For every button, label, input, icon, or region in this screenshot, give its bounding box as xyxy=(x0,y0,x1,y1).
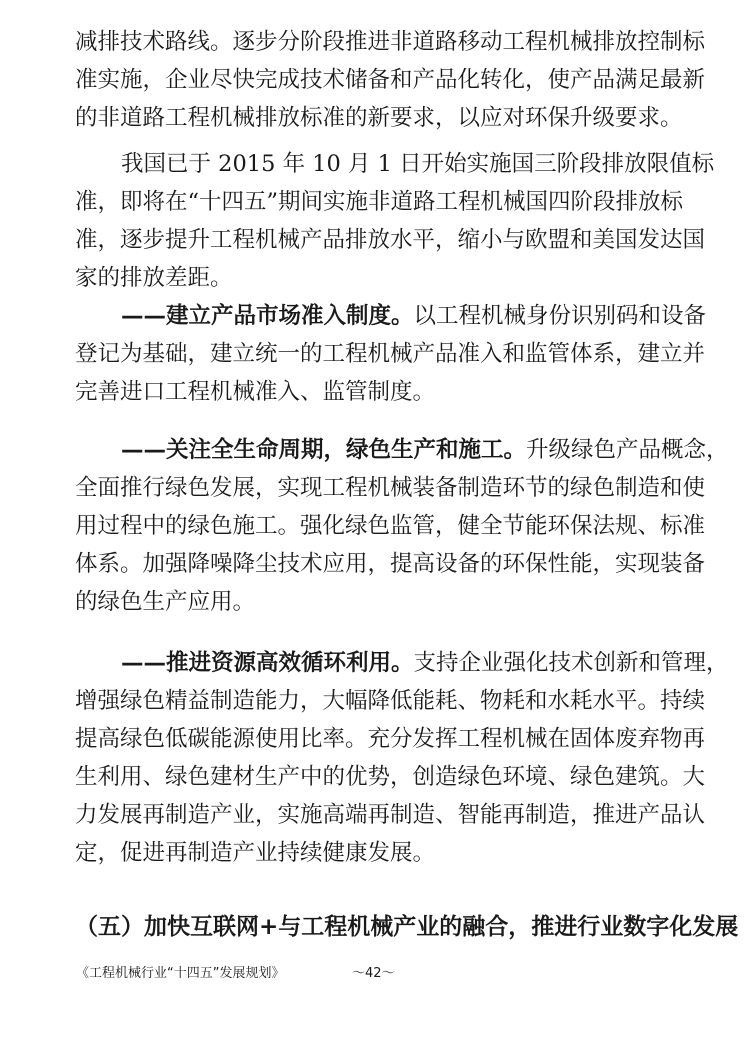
text-line: ——建立产品市场准入制度。 以工程机械身份识别码和设备 xyxy=(121,301,669,331)
text-line: 全面推行绿色发展，实现工程机械装备制造环节的绿色制造和使 xyxy=(75,473,669,503)
text-line: 用过程中的绿色施工。强化绿色监管，健全节能环保法规、标准 xyxy=(75,511,669,541)
section-heading: （五）加快互联网+与工程机械产业的融合，推进行业数字化发展 xyxy=(75,912,738,942)
text-line: ——推进资源高效循环利用。 支持企业强化技术创新和管理， xyxy=(121,648,669,678)
text-line: 定，促进再制造产业持续健康发展。 xyxy=(75,838,669,868)
document-page: 减排技术路线。逐步分阶段推进非道路移动工程机械排放控制标 准实施，企业尽快完成技… xyxy=(0,0,750,1038)
paragraph-lead: ——关注全生命周期，绿色生产和施工。 xyxy=(121,435,526,465)
text-line: 减排技术路线。逐步分阶段推进非道路移动工程机械排放控制标 xyxy=(75,27,669,57)
text-line: 力发展再制造产业，实施高端再制造、智能再制造，推进产品认 xyxy=(75,800,669,830)
footer-document-title: 《工程机械行业“十四五”发展规划》 xyxy=(76,965,284,983)
text-line: 家的排放差距。 xyxy=(75,263,669,293)
text-line: 的非道路工程机械排放标准的新要求，以应对环保升级要求。 xyxy=(75,103,669,133)
text-line: 提高绿色低碳能源使用比率。充分发挥工程机械在固体废弃物再 xyxy=(75,724,669,754)
text-line: 准，逐步提升工程机械产品排放水平，缩小与欧盟和美国发达国 xyxy=(75,225,669,255)
text-span: 升级绿色产品概念， xyxy=(526,435,729,465)
text-line: 体系。加强降噪降尘技术应用，提高设备的环保性能，实现装备 xyxy=(75,549,669,579)
text-line: 完善进口工程机械准入、监管制度。 xyxy=(75,377,669,407)
text-line: 我国已于 2015 年 10 月 1 日开始实施国三阶段排放限值标 xyxy=(121,149,669,179)
text-line: 准，即将在“十四五”期间实施非道路工程机械国四阶段排放标 xyxy=(75,187,669,217)
text-line: 准实施，企业尽快完成技术储备和产品化转化，使产品满足最新 xyxy=(75,65,669,95)
text-line: 生利用、绿色建材生产中的优势，创造绿色环境、绿色建筑。大 xyxy=(75,762,669,792)
text-span: 支持企业强化技术创新和管理， xyxy=(414,648,729,678)
paragraph-lead: ——建立产品市场准入制度。 xyxy=(121,301,414,331)
text-line: ——关注全生命周期，绿色生产和施工。 升级绿色产品概念， xyxy=(121,435,669,465)
text-line: 增强绿色精益制造能力，大幅降低能耗、物耗和水耗水平。持续 xyxy=(75,686,669,716)
paragraph-lead: ——推进资源高效循环利用。 xyxy=(121,648,414,678)
text-span: 以工程机械身份识别码和设备 xyxy=(414,301,707,331)
text-line: 的绿色生产应用。 xyxy=(75,587,669,617)
text-line: 登记为基础，建立统一的工程机械产品准入和监管体系，建立并 xyxy=(75,339,669,369)
footer-page-number: ～42～ xyxy=(352,965,395,983)
